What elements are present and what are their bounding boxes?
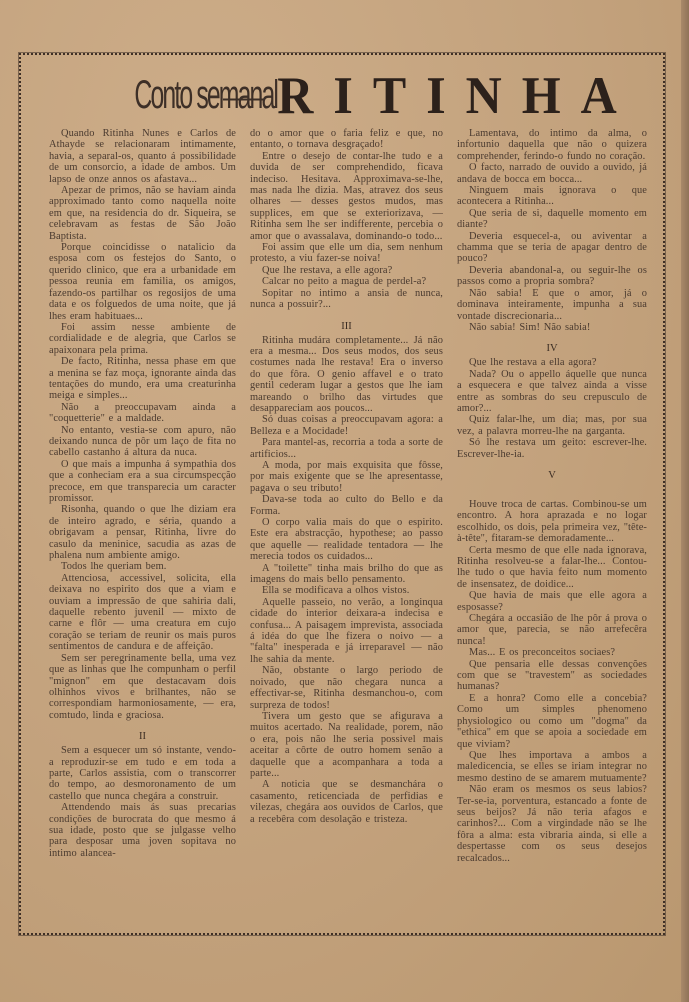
section-heading: V [457, 470, 647, 481]
paragraph: A noticia que se desmanchára o casamento… [250, 779, 443, 825]
column-1: Quando Ritinha Nunes e Carlos de Athayde… [43, 128, 244, 864]
paragraph: Mas... E os preconceitos sociaes? [457, 647, 647, 658]
paragraph: Sem a esquecer um só instante, vendo-a r… [49, 745, 236, 802]
paragraph: Sopitar no intimo a ansia de nunca, nunc… [250, 288, 443, 311]
paragraph: Deveria esquecel-a, ou aviventar a chamm… [457, 231, 647, 265]
paragraph: Foi assim que elle um dia, sem nenhum pr… [250, 242, 443, 265]
paragraph: Tivera um gesto que se afigurava a muito… [250, 711, 443, 779]
paragraph: Quiz falar-lhe, um dia; mas, por sua vez… [457, 414, 647, 437]
paragraph: Foi assim nesse ambiente de cordialidade… [49, 322, 236, 356]
article-frame: Conto semanal — RITINHA Quando Ritinha N… [19, 53, 665, 935]
paragraph: Deveria abandonal-a, ou seguir-lhe os pa… [457, 265, 647, 288]
paragraph: Porque coincidisse o natalicio da esposa… [49, 242, 236, 322]
section-heading: III [250, 321, 443, 332]
paragraph: Não, obstante o largo periodo de noivado… [250, 665, 443, 711]
paragraph: Risonha, quando o que lhe diziam era de … [49, 504, 236, 561]
paragraph: do o amor que o faria feliz e que, no en… [250, 128, 443, 151]
section-label: Conto semanal [135, 73, 278, 118]
paragraph: Ninguem mais ignorava o que acontecera a… [457, 185, 647, 208]
paragraph: Não sabia! E que o amor, já o dominava i… [457, 288, 647, 322]
paragraph: Entre o desejo de contar-lhe tudo e a du… [250, 151, 443, 242]
paragraph: Sem ser peregrinamente bella, uma vez qu… [49, 653, 236, 721]
paragraph: No entanto, vestia-se com apuro, não dei… [49, 425, 236, 459]
story-title: RITINHA [277, 65, 636, 126]
page-edge [681, 0, 689, 1002]
paragraph: Que seria de si, daquelle momento em dia… [457, 208, 647, 231]
paragraph: De facto, Ritinha, nessa phase em que a … [49, 356, 236, 402]
paragraph: Quando Ritinha Nunes e Carlos de Athayde… [49, 128, 236, 185]
paragraph: Não eram os mesmos os seus labios? Ter-s… [457, 784, 647, 864]
paragraph: A moda, por mais exquisita que fôsse, po… [250, 460, 443, 494]
paragraph: Só lhe restava um geito: escrever-lhe. E… [457, 437, 647, 460]
paragraph: Nada? Ou o appello áquelle que nunca a e… [457, 369, 647, 415]
paragraph: Para mantel-as, recorria a toda a sorte … [250, 437, 443, 460]
paragraph: O corpo valia mais do que o espirito. Es… [250, 517, 443, 563]
paragraph: Chegára a occasião de lhe pôr á prova o … [457, 613, 647, 647]
paragraph: Attenciosa, accessivel, solicita, ella d… [49, 573, 236, 653]
paragraph: Certa mesmo de que elle nada ignorava, R… [457, 545, 647, 591]
paragraph: Ella se modificava a olhos vistos. [250, 585, 443, 596]
paragraph: O facto, narrado de ouvido a ouvido, já … [457, 162, 647, 185]
section-heading: IV [457, 343, 647, 354]
section-heading: II [49, 731, 236, 742]
paragraph: Lamentava, do intimo da alma, o infortun… [457, 128, 647, 162]
paragraph: Não sabia! Sim! Não sabia! [457, 322, 647, 333]
paragraph: Aquelle passeio, no verão, a longinqua c… [250, 597, 443, 665]
paragraph: Que lhe restava, a elle agora? [250, 265, 443, 276]
paragraph: Dava-se toda ao culto do Bello e da Form… [250, 494, 443, 517]
paragraph: Attendendo mais ás suas precarias condiç… [49, 802, 236, 859]
paragraph: Apezar de primos, não se haviam ainda ap… [49, 185, 236, 242]
paragraph: Ritinha mudára completamente... Já não e… [250, 335, 443, 415]
paragraph: Houve troca de cartas. Combinou-se um en… [457, 499, 647, 545]
article-header: Conto semanal — RITINHA [21, 63, 663, 127]
paragraph: Só duas coisas a preoccupavam agora: a B… [250, 414, 443, 437]
paragraph: Todos lhe queriam bem. [49, 561, 236, 572]
column-2: do o amor que o faria feliz e que, no en… [244, 128, 451, 864]
paragraph: Que havia de mais que elle agora a espos… [457, 590, 647, 613]
column-3: Lamentava, do intimo da alma, o infortun… [451, 128, 655, 864]
paragraph: Calcar no peito a magua de perdel-a? [250, 276, 443, 287]
article-columns: Quando Ritinha Nunes e Carlos de Athayde… [43, 128, 655, 864]
paragraph: Que lhe restava a ella agora? [457, 357, 647, 368]
paragraph: A "toilette" tinha mais brilho do que as… [250, 563, 443, 586]
paragraph: Que pensaria elle dessas convenções com … [457, 659, 647, 693]
paragraph: E a honra? Como elle a concebia? Como um… [457, 693, 647, 750]
paragraph: Que lhes importava a ambos a maledicenci… [457, 750, 647, 784]
paragraph: O que mais a impunha á sympathia dos que… [49, 459, 236, 505]
paragraph: Não a preoccupavam ainda a "coquetterie"… [49, 402, 236, 425]
